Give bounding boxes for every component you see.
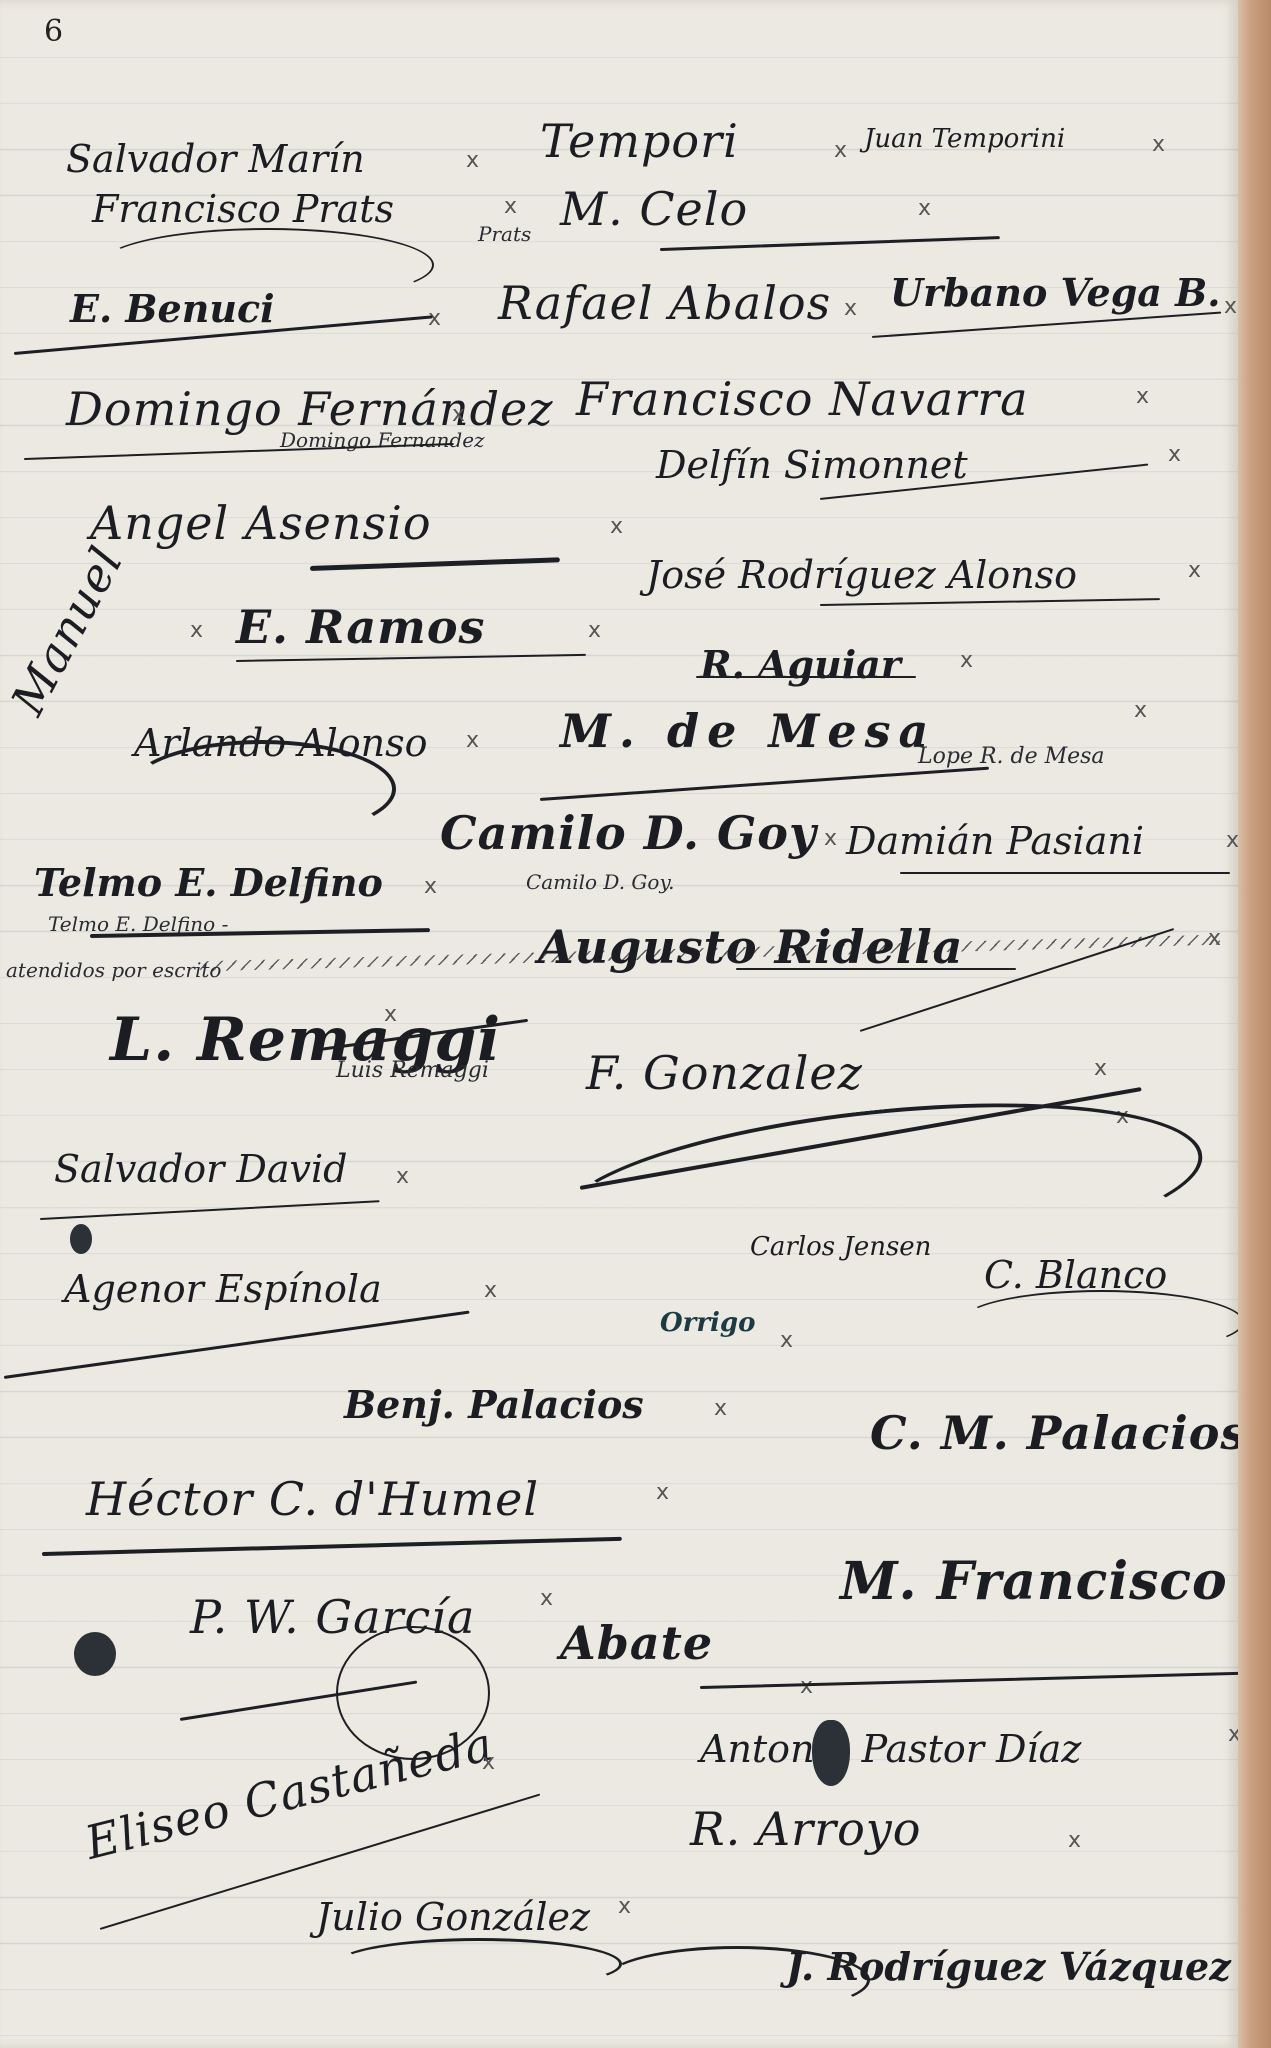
- ink-blot: [70, 1224, 92, 1254]
- check-mark: x: [484, 1280, 497, 1302]
- signature-manuel: Manuel: [4, 540, 130, 722]
- signature-rafael-abalos: Rafael Abalos: [498, 280, 831, 326]
- printed-name-telmo-delfino: Telmo E. Delfino -: [48, 914, 228, 934]
- check-mark: x: [540, 1588, 553, 1610]
- signature-urbano-vega: Urbano Vega B.: [890, 274, 1221, 312]
- check-mark: x: [1068, 1830, 1081, 1852]
- signature-carlos-jensen-note: Carlos Jensen: [750, 1234, 931, 1260]
- underline-flourish: [696, 676, 916, 678]
- ink-blot: [74, 1632, 116, 1676]
- signature-flourish: [336, 1938, 622, 1990]
- signature-abate: Abate: [560, 1620, 713, 1666]
- signature-cm-palacios: C. M. Palacios: [870, 1410, 1247, 1456]
- signature-agenor-espinola: Agenor Espínola: [64, 1270, 382, 1308]
- signature-flourish: [960, 1290, 1244, 1354]
- signature-camilo-goy: Camilo D. Goy: [440, 810, 817, 856]
- signature-salvador-marin: Salvador Marín: [66, 140, 365, 178]
- check-mark: x: [1136, 386, 1149, 408]
- check-mark: x: [1152, 134, 1165, 156]
- signature-antonio-pastor-diaz: Antonio Pastor Díaz: [700, 1730, 1081, 1768]
- signature-julio-gonzalez: Julio González: [316, 1898, 590, 1936]
- check-mark: x: [780, 1330, 793, 1352]
- ink-blot: [812, 1720, 850, 1786]
- underline-flourish: [310, 557, 560, 571]
- check-mark: x: [1208, 928, 1221, 950]
- check-mark: x: [844, 298, 857, 320]
- check-mark: x: [1134, 700, 1147, 722]
- signature-damian-pasiani: Damián Pasiani: [846, 822, 1144, 860]
- signature-benj-palacios: Benj. Palacios: [344, 1386, 644, 1424]
- check-mark: x: [1188, 560, 1201, 582]
- underline-flourish: [236, 654, 586, 662]
- signature-r-aguiar: R. Aguiar: [700, 646, 901, 684]
- check-mark: x: [1094, 1058, 1107, 1080]
- check-mark: x: [960, 650, 973, 672]
- signature-m-celo: M. Celo: [560, 186, 748, 232]
- underline-flourish: [40, 1200, 380, 1220]
- check-mark: x: [428, 308, 441, 330]
- printed-name-camilo-goy: Camilo D. Goy.: [526, 872, 674, 892]
- printed-name-lope-r-de-mesa: Lope R. de Mesa: [918, 746, 1105, 768]
- underline-flourish: [540, 767, 989, 801]
- check-mark: x: [466, 150, 479, 172]
- signature-flourish: [128, 740, 396, 838]
- check-mark: x: [824, 828, 837, 850]
- signature-c-blanco: C. Blanco: [984, 1256, 1167, 1294]
- signature-juan-temporini: Juan Temporini: [864, 126, 1065, 152]
- check-mark: x: [714, 1398, 727, 1420]
- check-mark: x: [466, 730, 479, 752]
- signature-m-francisco-ferrari: M. Francisco Ferrari: [840, 1556, 1271, 1608]
- signature-orrigo: Orrigo: [660, 1310, 755, 1336]
- page-edge: [1238, 0, 1271, 2048]
- page-number: 6: [44, 14, 63, 49]
- document-page: 6 Salvador Marín x Tempori x Juan Tempor…: [0, 0, 1238, 2048]
- check-mark: x: [452, 404, 465, 426]
- underline-flourish: [872, 312, 1221, 338]
- underline-flourish: [820, 598, 1160, 606]
- check-mark: x: [1168, 444, 1181, 466]
- underline-flourish: [736, 968, 1016, 970]
- signature-delfin-simonnet: Delfín Simonnet: [656, 446, 968, 484]
- signature-jose-rodriguez-alonso: José Rodríguez Alonso: [646, 556, 1077, 594]
- check-mark: x: [424, 876, 437, 898]
- check-mark: x: [656, 1482, 669, 1504]
- printed-name-prats: Prats: [478, 224, 531, 244]
- signature-augusto-ridella: Augusto Ridella: [538, 924, 963, 970]
- signature-angel-asensio: Angel Asensio: [90, 500, 432, 546]
- check-mark: x: [834, 140, 847, 162]
- signature-eliseo-castaneda: Eliseo Castañeda: [81, 1720, 498, 1866]
- signature-francisco-prats: Francisco Prats: [92, 190, 394, 228]
- check-mark: x: [190, 620, 203, 642]
- signature-e-ramos: E. Ramos: [236, 604, 485, 650]
- underline-flourish: [660, 236, 1000, 251]
- check-mark: x: [1224, 296, 1237, 318]
- underline-flourish: [900, 872, 1230, 874]
- signature-flourish: [604, 1946, 870, 2014]
- check-mark: x: [588, 620, 601, 642]
- check-mark: x: [396, 1166, 409, 1188]
- signature-e-benuci: E. Benuci: [70, 290, 275, 328]
- signature-hector-dhumel: Héctor C. d'Humel: [86, 1476, 539, 1522]
- check-mark: x: [918, 198, 931, 220]
- signature-r-arroyo: R. Arroyo: [690, 1806, 921, 1852]
- signature-francisco-navarra: Francisco Navarra: [576, 376, 1029, 422]
- signature-telmo-delfino: Telmo E. Delfino: [34, 864, 383, 902]
- check-mark: x: [800, 1676, 813, 1698]
- check-mark: x: [384, 1004, 397, 1026]
- signature-salvador-david: Salvador David: [54, 1150, 347, 1188]
- check-mark: x: [610, 516, 623, 538]
- signature-tempori: Tempori: [540, 118, 739, 164]
- underline-flourish: [4, 1311, 470, 1379]
- underline-flourish: [42, 1537, 622, 1556]
- annotation-atendidos-por-escrito: atendidos por escrito: [6, 960, 221, 980]
- check-mark: x: [482, 1752, 495, 1774]
- signature-m-de-mesa: M. de Mesa: [560, 708, 936, 754]
- signature-domingo-fernandez: Domingo Fernández: [66, 386, 554, 432]
- underline-flourish: [700, 1672, 1240, 1689]
- signature-f-gonzalez: F. Gonzalez: [586, 1050, 863, 1096]
- check-mark: x: [618, 1896, 631, 1918]
- check-mark: x: [504, 196, 517, 218]
- printed-name-luis-remaggi: Luis Remaggi: [336, 1060, 489, 1082]
